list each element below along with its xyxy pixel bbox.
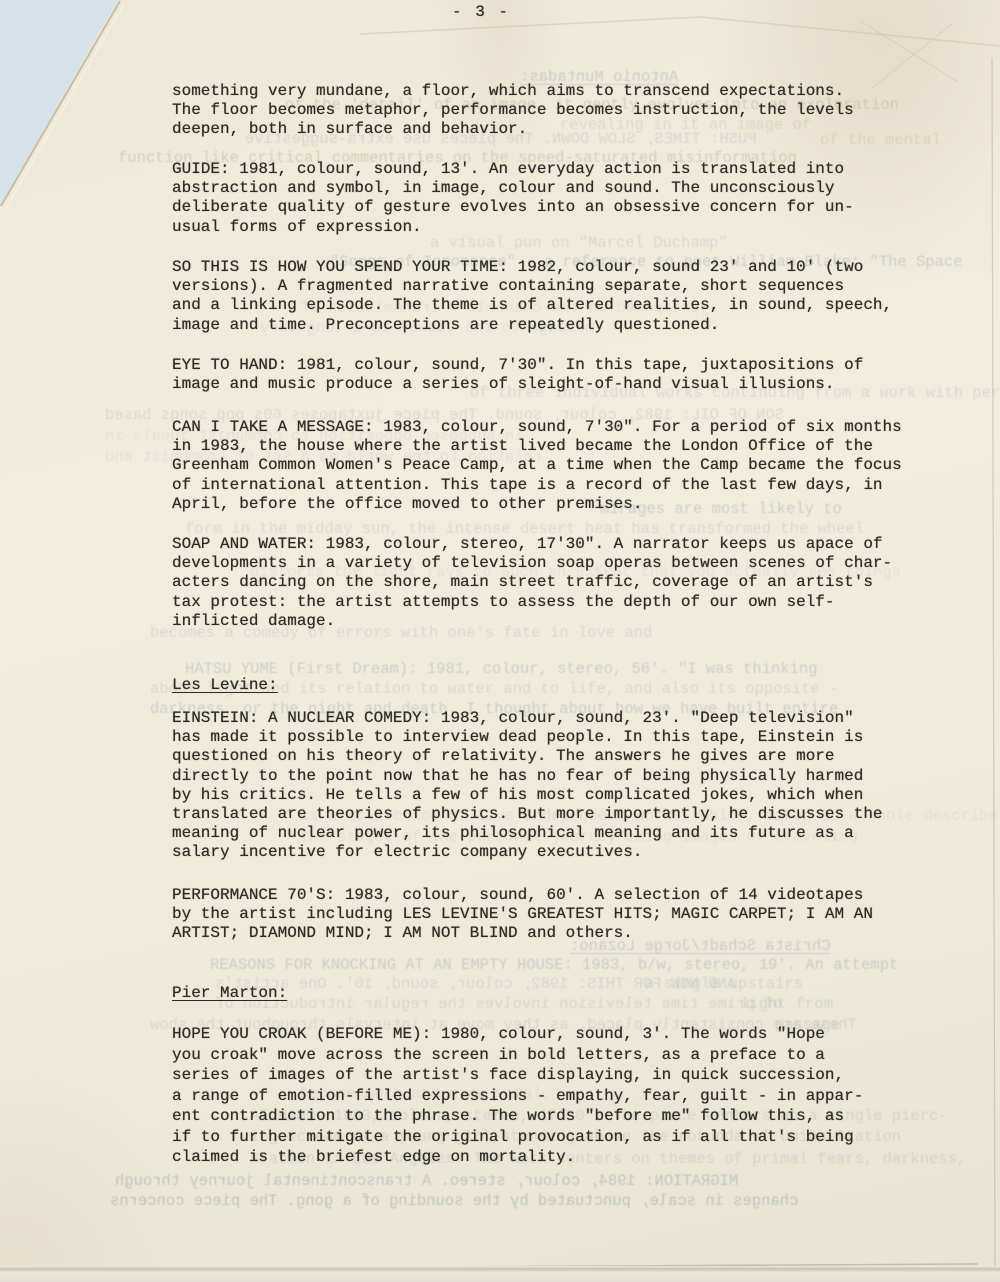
page-number: - 3 - xyxy=(452,3,510,21)
entry-eye-to-hand: EYE TO HAND: 1981, colour, sound, 7'30".… xyxy=(172,356,863,394)
entry-einstein-a-nuclear-comedy: EINSTEIN: A NUCLEAR COMEDY: 1983, colour… xyxy=(172,709,883,863)
entry-hope-you-croak-before-me: HOPE YOU CROAK (BEFORE ME): 1980, colour… xyxy=(172,1024,863,1168)
ghost-text-line: REASONS FOR KNOCKING AT AN EMPTY HOUSE: … xyxy=(210,956,898,975)
entry-soap-and-water: SOAP AND WATER: 1983, colour, stereo, 17… xyxy=(172,535,892,631)
scanned-document: { "page": { "number_label": "- 3 -", "pa… xyxy=(0,0,1000,1282)
artist-heading-pier-marton: Pier Marton: xyxy=(172,984,287,1003)
ghost-text-line: of prime time television involves the re… xyxy=(215,995,782,1014)
entry-guide: GUIDE: 1981, colour, sound, 13'. An ever… xyxy=(172,160,854,237)
ghost-text-line: changes in scale, punctuated by the soun… xyxy=(110,1192,798,1211)
paragraph-intro-continuation: something very mundane, a floor, which a… xyxy=(172,82,854,140)
ghost-text-line: light from xyxy=(740,995,833,1014)
ghost-text-line: a visual pun on "Marcel Duchamp" xyxy=(430,234,728,253)
ghost-text-line: HATSU YUME (First Dream): 1981, colour, … xyxy=(185,660,818,679)
ghost-text-line: MIGRATION: 1984, colour, stereo. A trans… xyxy=(115,1172,738,1191)
entry-can-i-take-a-message: CAN I TAKE A MESSAGE: 1983, colour, soun… xyxy=(172,418,902,514)
artist-heading-les-levine: Les Levine: xyxy=(172,676,278,695)
entry-performance-70s: PERFORMANCE 70'S: 1983, colour, sound, 6… xyxy=(172,886,873,944)
ghost-text-line: a single upstairs xyxy=(645,975,803,994)
bottom-sheet-edge xyxy=(0,1266,1000,1282)
entry-so-this-is-how-you-spend-your-time: SO THIS IS HOW YOU SPEND YOUR TIME: 1982… xyxy=(172,258,892,335)
